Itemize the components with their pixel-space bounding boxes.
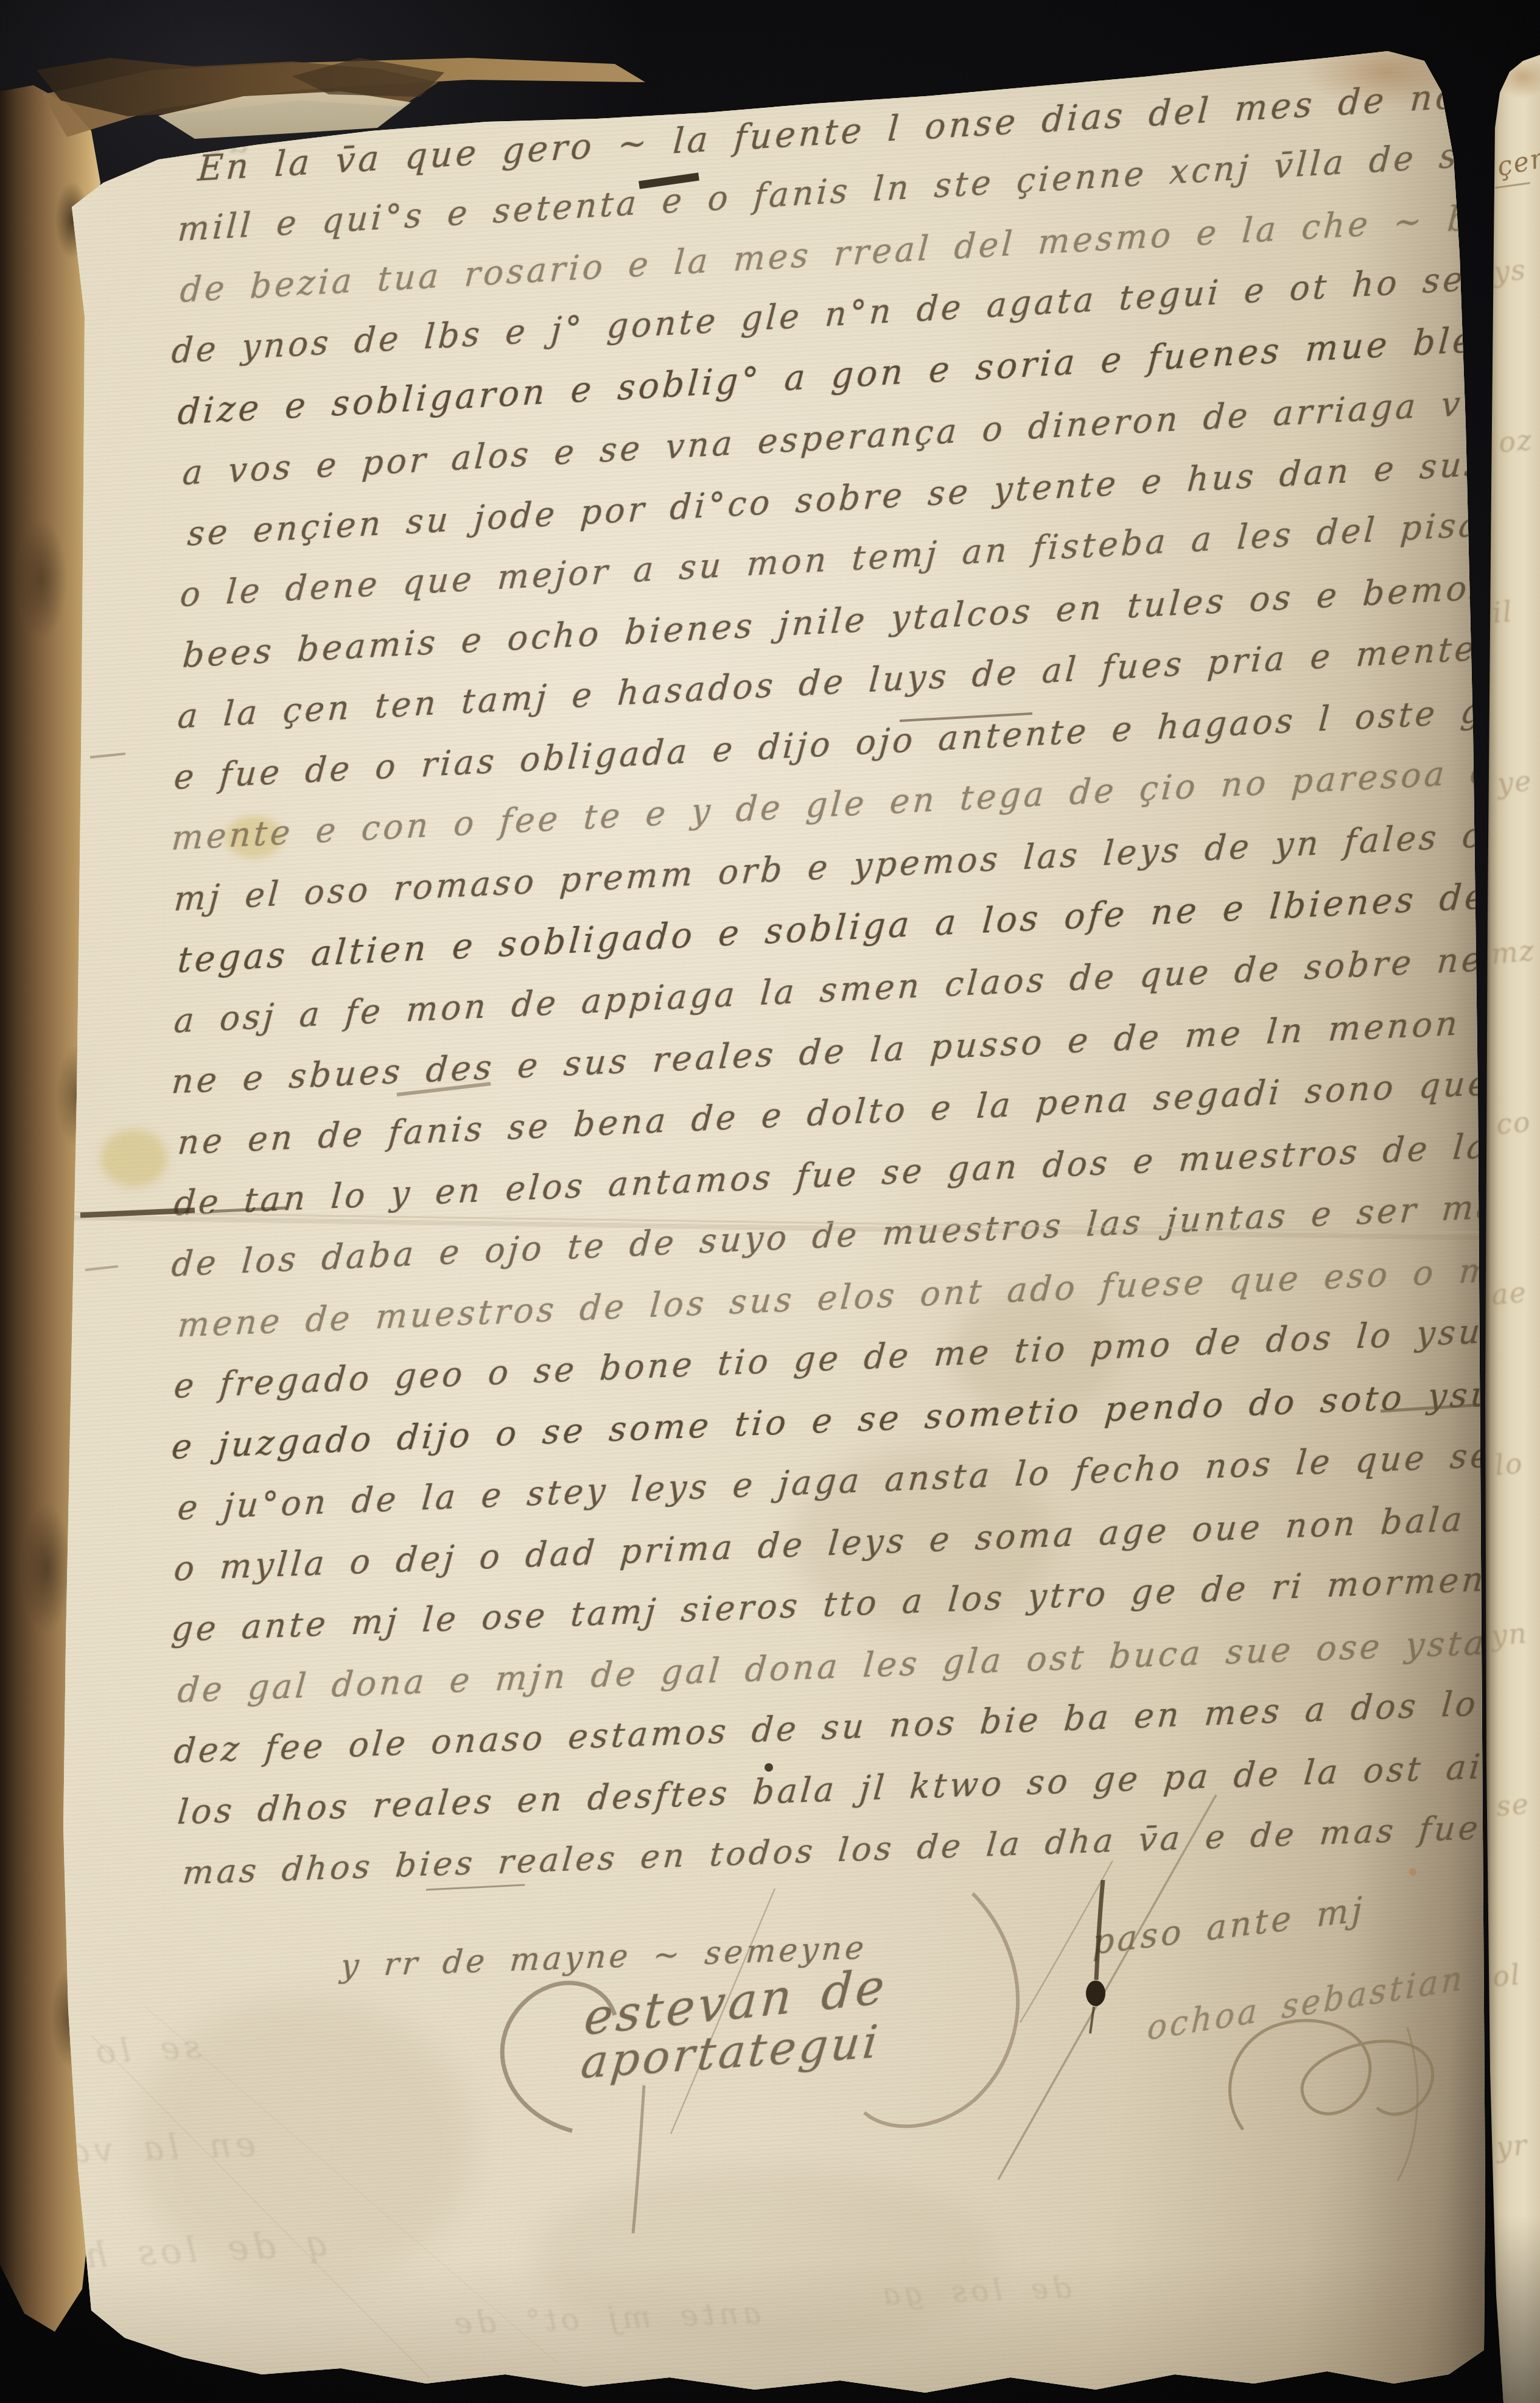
manuscript-page: se lo dha de los ga me dan en la va de s…	[0, 0, 1540, 2403]
ink-dot	[765, 1763, 773, 1772]
next-page-fragment: se	[1495, 1787, 1531, 1823]
margin-mark	[90, 754, 125, 757]
rubric-swirl	[1230, 2021, 1433, 2130]
next-page-fragment: yr	[1495, 2128, 1529, 2164]
signature-paraph	[864, 1893, 1018, 2127]
next-page-fragment: mz	[1490, 934, 1536, 970]
next-page-fragment: lo	[1494, 1447, 1525, 1482]
scratch-line	[91, 2036, 430, 2378]
underline	[426, 1885, 525, 1890]
next-page-edge: çen ys oz il ye mz co ae lo yn se ol yr	[1483, 54, 1540, 2403]
show-through-text: de los ga	[878, 2271, 1072, 2312]
show-through-text: ante mj ot° de	[449, 2295, 761, 2342]
next-page-word: çen	[1494, 142, 1540, 183]
next-page-underline	[1495, 182, 1530, 189]
paso-ante-mi-note: paso ante mj	[1092, 1889, 1365, 1963]
signature-ochoa: ochoa sebastian	[1146, 1959, 1466, 2048]
next-page-fragment: oz	[1497, 423, 1534, 459]
blot-drip	[1090, 2007, 1094, 2033]
stain-yellow	[100, 1129, 167, 1187]
next-page-fragment: ye	[1496, 764, 1534, 800]
ink-blot	[1086, 1980, 1105, 2006]
margin-mark	[85, 1266, 118, 1270]
orange-fleck	[1409, 1868, 1416, 1876]
signature-descender	[633, 2085, 644, 2233]
next-page-fragment: ae	[1490, 1275, 1528, 1311]
next-page-fragment: il	[1491, 595, 1514, 630]
rubric-tail	[1398, 2027, 1418, 2181]
next-page-fragment: co	[1495, 1105, 1533, 1141]
next-page-fragment: ol	[1491, 1958, 1522, 1993]
next-page-fragment: ys	[1493, 253, 1528, 288]
next-page-fragment: yn	[1490, 1616, 1529, 1652]
